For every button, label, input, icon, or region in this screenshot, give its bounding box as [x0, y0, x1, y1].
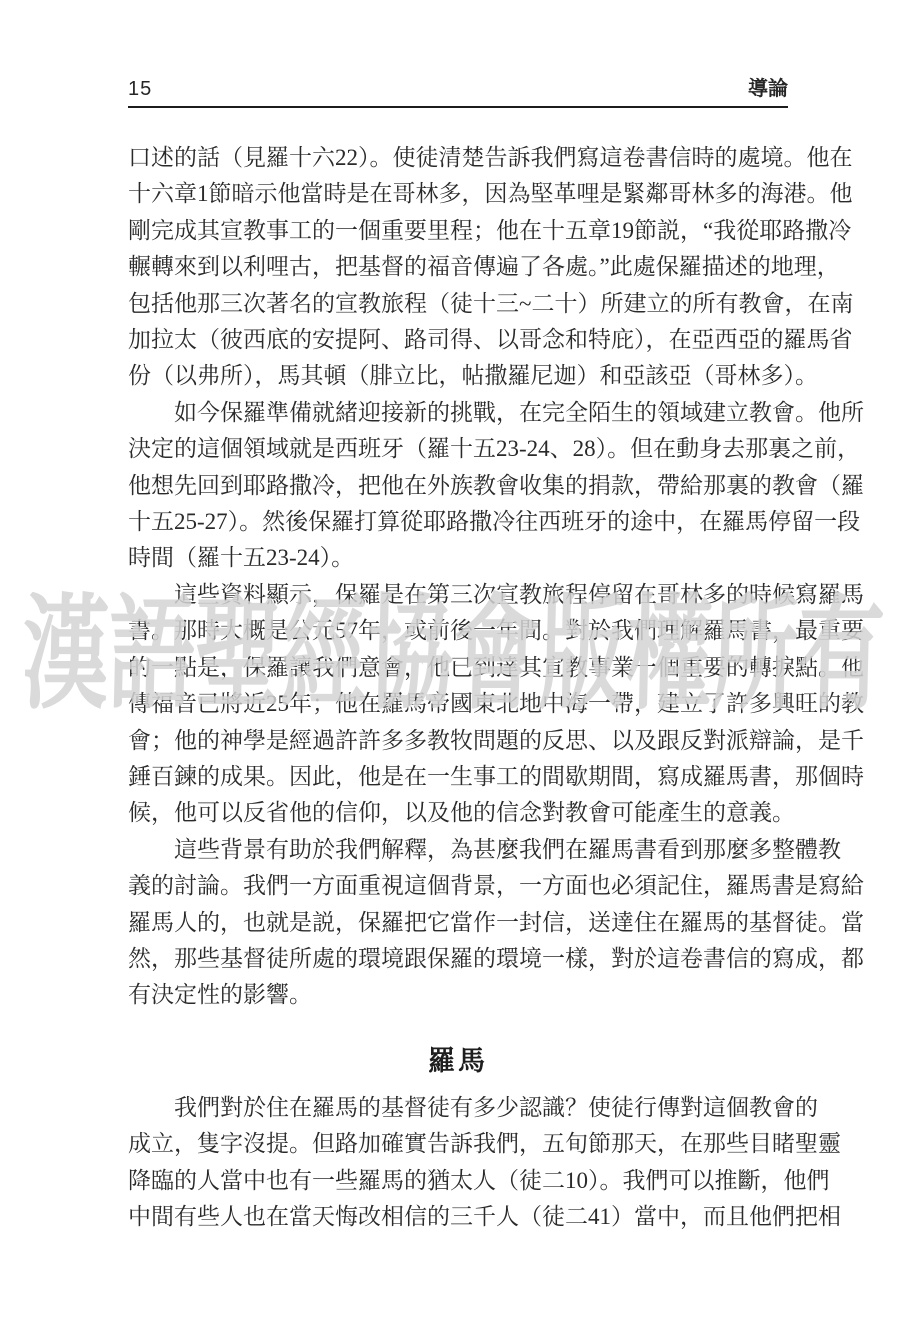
- text-line: 的一點是，保羅讓我們意會，他已到達其宣教事業一個重要的轉捩點。他: [128, 650, 788, 686]
- text-line: 十五25-27）。然後保羅打算從耶路撒冷往西班牙的途中，在羅馬停留一段: [128, 504, 788, 540]
- text-line: 候，他可以反省他的信仰，以及他的信念對教會可能產生的意義。: [128, 795, 788, 831]
- text-line: 包括他那三次著名的宣教旅程（徒十三~二十）所建立的所有教會，在南: [128, 286, 788, 322]
- body-text: 口述的話（見羅十六22）。使徒清楚告訴我們寫這卷書信時的處境。他在十六章1節暗示…: [128, 140, 788, 1235]
- paragraph: 這些背景有助於我們解釋，為甚麼我們在羅馬書看到那麼多整體教義的討論。我們一方面重…: [128, 832, 788, 1014]
- page-number: 15: [128, 78, 152, 100]
- text-line: 份（以弗所），馬其頓（腓立比，帖撒羅尼迦）和亞該亞（哥林多）。: [128, 358, 788, 394]
- text-line: 傳福音已將近25年；他在羅馬帝國東北地中海一帶，建立了許多興旺的教: [128, 686, 788, 722]
- text-line: 會；他的神學是經過許許多多教牧問題的反思、以及跟反對派辯論，是千: [128, 723, 788, 759]
- paragraph: 口述的話（見羅十六22）。使徒清楚告訴我們寫這卷書信時的處境。他在十六章1節暗示…: [128, 140, 788, 395]
- paragraph: 這些資料顯示，保羅是在第三次宣教旅程停留在哥林多的時候寫羅馬書。那時大概是公元5…: [128, 577, 788, 832]
- text-line: 他想先回到耶路撒冷，把他在外族教會收集的捐款，帶給那裏的教會（羅: [128, 468, 788, 504]
- running-head-title: 導論: [748, 78, 788, 100]
- text-line: 時間（羅十五23-24）。: [128, 540, 788, 576]
- paragraph: 如今保羅準備就緒迎接新的挑戰，在完全陌生的領域建立教會。他所決定的這個領域就是西…: [128, 395, 788, 577]
- book-page: 15 導論 口述的話（見羅十六22）。使徒清楚告訴我們寫這卷書信時的處境。他在十…: [0, 0, 900, 1324]
- text-line: 錘百鍊的成果。因此，他是在一生事工的間歇期間，寫成羅馬書，那個時: [128, 759, 788, 795]
- text-line: 加拉太（彼西底的安提阿、路司得、以哥念和特庇），在亞西亞的羅馬省: [128, 322, 788, 358]
- text-line: 義的討論。我們一方面重視這個背景，一方面也必須記住，羅馬書是寫給: [128, 868, 788, 904]
- text-line: 這些資料顯示，保羅是在第三次宣教旅程停留在哥林多的時候寫羅馬: [128, 577, 788, 613]
- text-line: 然，那些基督徒所處的環境跟保羅的環境一樣，對於這卷書信的寫成，都: [128, 941, 788, 977]
- text-line: 降臨的人當中也有一些羅馬的猶太人（徒二10）。我們可以推斷，他們: [128, 1163, 788, 1199]
- text-line: 這些背景有助於我們解釋，為甚麼我們在羅馬書看到那麼多整體教: [128, 832, 788, 868]
- text-line: 羅馬人的，也就是説，保羅把它當作一封信，送達住在羅馬的基督徒。當: [128, 905, 788, 941]
- text-line: 口述的話（見羅十六22）。使徒清楚告訴我們寫這卷書信時的處境。他在: [128, 140, 788, 176]
- text-line: 成立，隻字沒提。但路加確實告訴我們，五旬節那天，在那些目睹聖靈: [128, 1126, 788, 1162]
- text-line: 決定的這個領域就是西班牙（羅十五23-24、28）。但在動身去那裏之前，: [128, 431, 788, 467]
- text-line: 如今保羅準備就緒迎接新的挑戰，在完全陌生的領域建立教會。他所: [128, 395, 788, 431]
- text-line: 輾轉來到以利哩古，把基督的福音傳遍了各處。”此處保羅描述的地理，: [128, 249, 788, 285]
- page-header: 15 導論: [128, 78, 788, 108]
- text-line: 書。那時大概是公元57年，或前後一年間。對於我們理解羅馬書，最重要: [128, 613, 788, 649]
- text-line: 有決定性的影響。: [128, 977, 788, 1013]
- text-line: 中間有些人也在當天悔改相信的三千人（徒二41）當中，而且他們把相: [128, 1199, 788, 1235]
- text-line: 十六章1節暗示他當時是在哥林多，因為堅革哩是緊鄰哥林多的海港。他: [128, 176, 788, 212]
- paragraph: 我們對於住在羅馬的基督徒有多少認識？使徒行傳對這個教會的成立，隻字沒提。但路加確…: [128, 1090, 788, 1236]
- text-line: 我們對於住在羅馬的基督徒有多少認識？使徒行傳對這個教會的: [128, 1090, 788, 1126]
- text-line: 剛完成其宣教事工的一個重要里程；他在十五章19節説，“我從耶路撒冷: [128, 213, 788, 249]
- section-heading: 羅馬: [128, 1044, 788, 1078]
